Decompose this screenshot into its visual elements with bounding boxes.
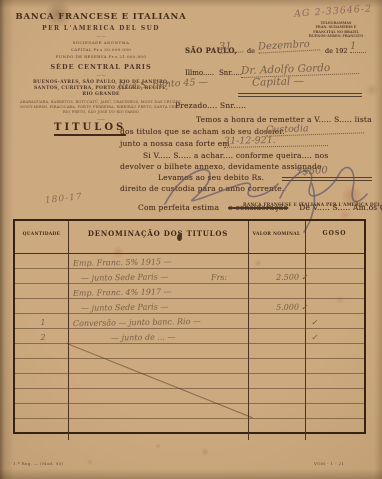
dateline-de-1: de bbox=[247, 47, 255, 55]
addressee-illmo: Illmo..... bbox=[185, 69, 214, 77]
cell-qty bbox=[21, 255, 65, 256]
salutation: Prezado.... Snr..... bbox=[175, 101, 246, 110]
letterhead-divider: —·— bbox=[12, 34, 190, 38]
addressee-snr: Snr..... bbox=[219, 69, 242, 77]
body-line-3: junto a nossa casa forte em bbox=[120, 139, 230, 148]
header-valor-nominal: VALOR NOMINAL bbox=[248, 232, 305, 237]
margin-note-handwritten: 180-17 bbox=[45, 192, 84, 206]
titles-table: QUANTIDADE DENOMINAÇÃO DOS TITULOS VALOR… bbox=[13, 219, 366, 434]
dateline-year-handwritten: 1 bbox=[350, 41, 366, 53]
ink-blot bbox=[177, 234, 182, 241]
letterhead-divider-3: —— bbox=[12, 117, 190, 121]
addressee-underline bbox=[238, 93, 362, 97]
table-row: Emp. Franc. 4% 1917 — bbox=[15, 285, 364, 300]
footer-imprint-left: 1.ª Reg. — (Mod. 95) bbox=[13, 461, 64, 466]
cell-valor: 5.000 bbox=[249, 300, 299, 316]
cell-denom: Emp. Franc. 5% 1915 — bbox=[73, 254, 172, 271]
cell-qty bbox=[21, 300, 65, 301]
cell-valor bbox=[249, 330, 299, 331]
footer-imprint-right: VOM - 1 - 21 bbox=[314, 461, 344, 466]
cell-denom: Conversão — junto banc. Rio — bbox=[73, 314, 201, 331]
header-denominacao: DENOMINAÇÃO DOS TITULOS bbox=[68, 229, 248, 238]
body-line-3-handwritten: 31-12-921. bbox=[224, 134, 328, 148]
reserve-line: FUNDO DE RESERVA Fr.s 21.000.000 bbox=[12, 54, 190, 59]
cell-denom: Emp. Franc. 4% 1917 — bbox=[73, 284, 172, 301]
head-office: SÈDE CENTRAL PARIS bbox=[12, 63, 190, 71]
cell-qty bbox=[21, 270, 65, 271]
cell-check: ✓ bbox=[301, 270, 308, 285]
cell-qty: 2 bbox=[21, 330, 65, 346]
cell-unit: Frs: bbox=[211, 270, 227, 285]
dateline-month-handwritten: Dezembro bbox=[258, 38, 321, 53]
cell-qty bbox=[21, 285, 65, 286]
cell-valor bbox=[249, 285, 299, 286]
cell-goso: ✓ bbox=[311, 315, 318, 330]
company-type: SOCIEDADE ANONYMA bbox=[12, 40, 190, 45]
cell-qty: 1 bbox=[21, 315, 65, 331]
cell-valor bbox=[249, 315, 299, 316]
cell-denom: — junto Sede Paris — bbox=[81, 299, 169, 316]
dateline-day-handwritten: 31 bbox=[219, 40, 244, 53]
header-quantidade: QUANTIDADE bbox=[15, 232, 68, 237]
cell-denom: — junto de ... — bbox=[111, 329, 176, 345]
addressee-city-handwritten: Capital — bbox=[252, 75, 304, 89]
cell-check: ✓ bbox=[301, 300, 308, 315]
letterhead-divider-2: —·— bbox=[12, 73, 190, 77]
agencies-line-3: RIO PRETO, SÃO JOSÉ DO RIO PARDO bbox=[12, 110, 190, 115]
table-row: Emp. Franc. 5% 1915 — bbox=[15, 255, 364, 270]
telegram-block: TELEGRAMMAS FRAN. SUDAMERIS E FRANCITAL … bbox=[298, 21, 374, 39]
cell-valor: 2.500 bbox=[249, 270, 299, 286]
table-row: — junto Sede Paris — Frs: 2.500 ✓ bbox=[15, 270, 364, 285]
branches-line-3: RIO GRANDE bbox=[12, 92, 190, 98]
table-row: 1 Conversão — junto banc. Rio — ✓ bbox=[15, 315, 364, 330]
cell-denom: — junto Sede Paris — bbox=[81, 269, 169, 286]
table-row: — junto Sede Paris — 5.000 ✓ bbox=[15, 300, 364, 315]
agencies-line-2: MOGY-MIRIM, PIRACICABA, PORTO FERREIRA, … bbox=[12, 105, 190, 110]
capital-line: CAPITAL Fr.s 50.000.000 bbox=[12, 47, 190, 52]
cell-valor bbox=[249, 255, 299, 256]
header-goso: GOSO bbox=[305, 230, 364, 237]
dateline-de-2: de 192 bbox=[325, 47, 347, 55]
scanned-letter-page: BANCA FRANCESE E ITALIANA PER L'AMERICA … bbox=[0, 0, 382, 479]
cell-goso: ✓ bbox=[311, 330, 318, 345]
bank-subtitle: PER L'AMERICA DEL SUD bbox=[12, 25, 190, 32]
letterhead: BANCA FRANCESE E ITALIANA PER L'AMERICA … bbox=[12, 12, 190, 121]
pencil-reference-number: AG 2-33646-2 bbox=[294, 3, 373, 19]
bank-name: BANCA FRANCESE E ITALIANA bbox=[12, 12, 190, 22]
titulos-heading: TITULOS bbox=[54, 122, 126, 136]
